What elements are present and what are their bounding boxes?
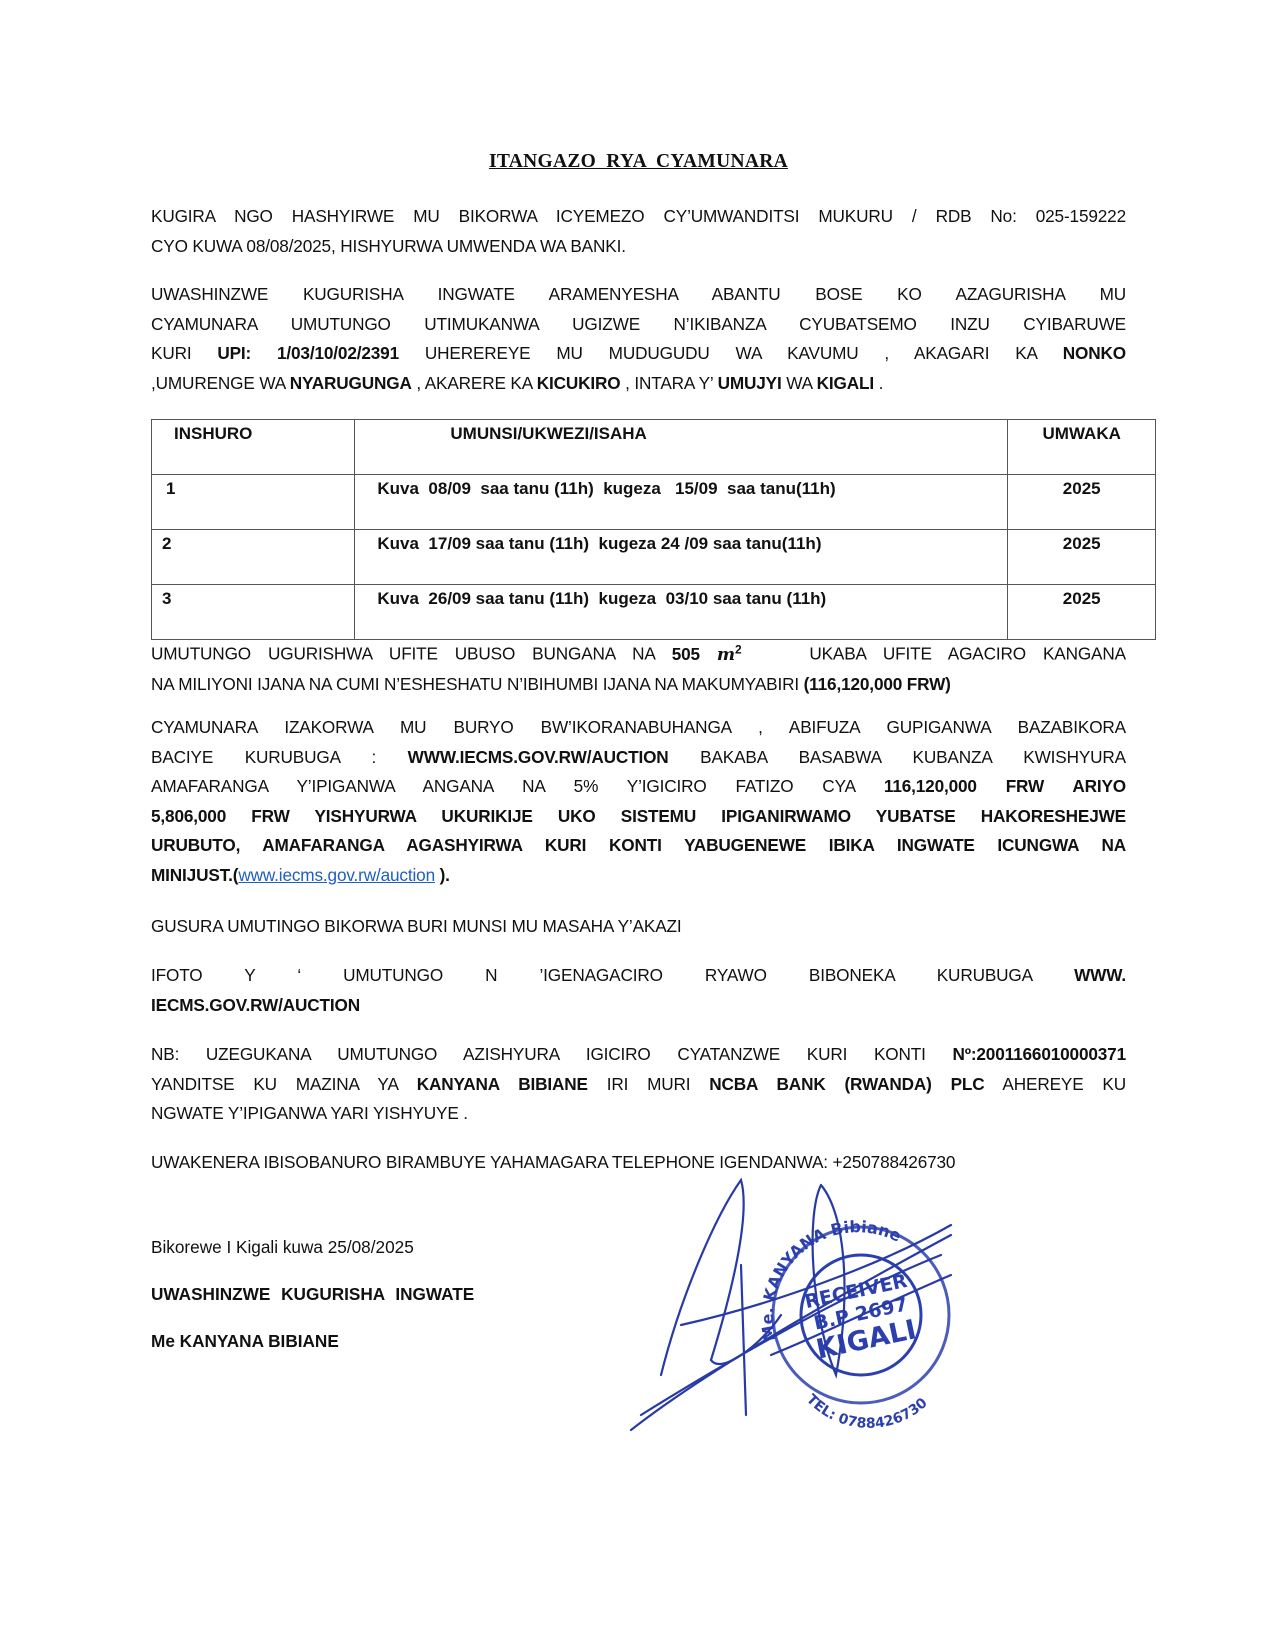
- signature-role: UWASHINZWE KUGURISHA INGWATE: [151, 1284, 474, 1305]
- year-cell: 2025: [1008, 475, 1156, 530]
- auction-url-text: WWW.IECMS.GOV.RW/AUCTION: [408, 747, 669, 767]
- note-paragraph: NB: UZEGUKANA UMUTUNGO AZISHYURA IGICIRO…: [151, 1040, 1126, 1129]
- bank-name: NCBA BANK (RWANDA) PLC: [709, 1074, 984, 1094]
- note-line: YANDITSE KU MAZINA YA KANYANA BIBIANE IR…: [151, 1070, 1126, 1100]
- header-period: UMUNSI/UKWEZI/ISAHA: [355, 420, 1008, 475]
- photos-paragraph: IFOTO Y ‘ UMUTUNGO N ’IGENAGACIRO RYAWO …: [151, 961, 1126, 1020]
- account-holder: KANYANA BIBIANE: [417, 1074, 588, 1094]
- value-paragraph: UMUTUNGO UGURISHWA UFITE UBUSO BUNGANA N…: [151, 635, 1126, 700]
- header-round: INSHURO: [152, 420, 355, 475]
- year-cell: 2025: [1008, 585, 1156, 640]
- price-value: (116,120,000 FRW): [804, 674, 951, 694]
- svg-text:TEL: 0788426730: TEL: 0788426730: [803, 1392, 931, 1432]
- note-line: NGWATE Y’IPIGANWA YARI YISHYUYE .: [151, 1099, 1126, 1129]
- visit-line: GUSURA UMUTINGO BIKORWA BURI MUNSI MU MA…: [151, 912, 1126, 942]
- upi-number: UPI: 1/03/10/02/2391: [217, 343, 399, 363]
- table-header-row: INSHURO UMUNSI/UKWEZI/ISAHA UMWAKA: [152, 420, 1156, 475]
- account-number: Nº:2001166010000371: [952, 1044, 1126, 1064]
- auction-line: CYAMUNARA IZAKORWA MU BURYO BW’IKORANABU…: [151, 713, 1126, 743]
- district-name: KICUKIRO: [537, 373, 621, 393]
- auction-paragraph: CYAMUNARA IZAKORWA MU BURYO BW’IKORANABU…: [151, 713, 1126, 890]
- auction-line: AMAFARANGA Y’IPIGANWA ANGANA NA 5% Y’IGI…: [151, 772, 1126, 802]
- round-cell: 1: [152, 475, 355, 530]
- page-title: ITANGAZO RYA CYAMUNARA: [151, 151, 1126, 173]
- auction-line: BACIYE KURUBUGA : WWW.IECMS.GOV.RW/AUCTI…: [151, 743, 1126, 773]
- visit-paragraph: GUSURA UMUTINGO BIKORWA BURI MUNSI MU MA…: [151, 912, 1126, 942]
- round-cell: 2: [152, 530, 355, 585]
- area-value: 505 m2: [672, 644, 742, 664]
- base-price: 116,120,000 FRW ARIYO: [884, 776, 1126, 796]
- photos-line: IFOTO Y ‘ UMUTUNGO N ’IGENAGACIRO RYAWO …: [151, 961, 1126, 991]
- period-cell: Kuva 17/09 saa tanu (11h) kugeza 24 /09 …: [355, 530, 1008, 585]
- property-line: KURI UPI: 1/03/10/02/2391 UHEREREYE MU M…: [151, 339, 1126, 369]
- signature-place-date: Bikorewe I Kigali kuwa 25/08/2025: [151, 1237, 414, 1258]
- signature-name: Me KANYANA BIBIANE: [151, 1331, 339, 1352]
- photos-url-start: WWW.: [1074, 965, 1126, 985]
- table-row: 3 Kuva 26/09 saa tanu (11h) kugeza 03/10…: [152, 585, 1156, 640]
- year-cell: 2025: [1008, 530, 1156, 585]
- intro-line: KUGIRA NGO HASHYIRWE MU BIKORWA ICYEMEZO…: [151, 202, 1126, 232]
- auction-link[interactable]: www.iecms.gov.rw/auction: [238, 865, 435, 885]
- auction-schedule-table: INSHURO UMUNSI/UKWEZI/ISAHA UMWAKA 1 Kuv…: [151, 419, 1156, 640]
- header-year: UMWAKA: [1008, 420, 1156, 475]
- note-line: NB: UZEGUKANA UMUTUNGO AZISHYURA IGICIRO…: [151, 1040, 1126, 1070]
- cell-name: NONKO: [1063, 343, 1126, 363]
- official-stamp-and-signature: Me. KANYANA Bibiane TEL: 0788426730 RECE…: [621, 1175, 971, 1435]
- auction-line: URUBUTO, AMAFARANGA AGASHYIRWA KURI KONT…: [151, 831, 1126, 861]
- period-cell: Kuva 08/09 saa tanu (11h) kugeza 15/09 s…: [355, 475, 1008, 530]
- property-line: CYAMUNARA UMUTUNGO UTIMUKANWA UGIZWE N’I…: [151, 310, 1126, 340]
- property-paragraph: UWASHINZWE KUGURISHA INGWATE ARAMENYESHA…: [151, 280, 1126, 398]
- value-line: NA MILIYONI IJANA NA CUMI N’ESHESHATU N’…: [151, 670, 1126, 700]
- table-row: 1 Kuva 08/09 saa tanu (11h) kugeza 15/09…: [152, 475, 1156, 530]
- contact-line: UWAKENERA IBISOBANURO BIRAMBUYE YAHAMAGA…: [151, 1148, 1126, 1178]
- table-row: 2 Kuva 17/09 saa tanu (11h) kugeza 24 /0…: [152, 530, 1156, 585]
- intro-line: CYO KUWA 08/08/2025, HISHYURWA UMWENDA W…: [151, 232, 1126, 262]
- contact-paragraph: UWAKENERA IBISOBANURO BIRAMBUYE YAHAMAGA…: [151, 1148, 1126, 1178]
- city-name: KIGALI: [817, 373, 874, 393]
- photos-url-end: IECMS.GOV.RW/AUCTION: [151, 991, 1126, 1021]
- auction-line: 5,806,000 FRW YISHYURWA UKURIKIJE UKO SI…: [151, 802, 1126, 832]
- sector-name: NYARUGUNGA: [290, 373, 412, 393]
- value-line: UMUTUNGO UGURISHWA UFITE UBUSO BUNGANA N…: [151, 635, 1126, 670]
- province-name: UMUJYI: [718, 373, 782, 393]
- property-line: UWASHINZWE KUGURISHA INGWATE ARAMENYESHA…: [151, 280, 1126, 310]
- auction-line: MINIJUST.(www.iecms.gov.rw/auction ).: [151, 861, 1126, 891]
- property-line: ,UMURENGE WA NYARUGUNGA , AKARERE KA KIC…: [151, 369, 1126, 399]
- period-cell: Kuva 26/09 saa tanu (11h) kugeza 03/10 s…: [355, 585, 1008, 640]
- round-cell: 3: [152, 585, 355, 640]
- intro-paragraph: KUGIRA NGO HASHYIRWE MU BIKORWA ICYEMEZO…: [151, 202, 1126, 261]
